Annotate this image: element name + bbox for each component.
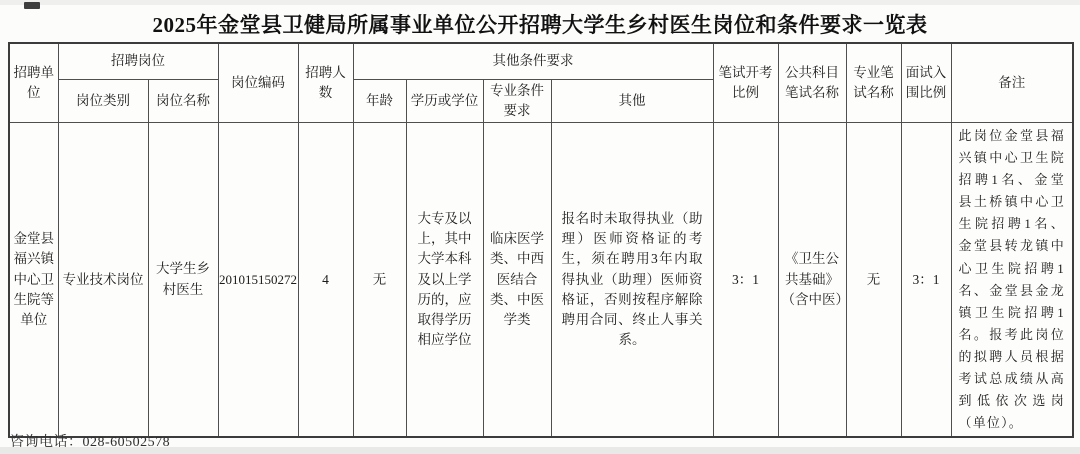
- cell-education: 大专及以上，其中大学本科及以上学历的，应取得学历相应学位: [406, 123, 483, 438]
- cell-recruit-unit: 金堂县福兴镇中心卫生院等单位: [9, 123, 58, 438]
- header-recruit-count: 招聘人数: [298, 43, 353, 123]
- header-post-name: 岗位名称: [148, 79, 218, 123]
- scan-artifact-mark: [24, 2, 40, 9]
- cell-remarks: 此岗位金堂县福兴镇中心卫生院招聘1名、金堂县土桥镇中心卫生院招聘1名、金堂县转龙…: [951, 123, 1073, 438]
- cell-interview-ratio: 3：1: [901, 123, 951, 438]
- header-age: 年龄: [353, 79, 406, 123]
- cell-public-subject-exam: 《卫生公共基础》（含中医）: [778, 123, 846, 438]
- cell-post-code: 201015150272: [218, 123, 298, 438]
- header-interview-ratio: 面试入围比例: [901, 43, 951, 123]
- header-education: 学历或学位: [406, 79, 483, 123]
- cell-professional-exam: 无: [846, 123, 901, 438]
- header-major-requirement: 专业条件要求: [483, 79, 551, 123]
- recruitment-table: 招聘单位 招聘岗位 岗位编码 招聘人数 其他条件要求 笔试开考比例 公共科目笔试…: [8, 42, 1074, 438]
- cell-major-requirement: 临床医学类、中西医结合类、中医学类: [483, 123, 551, 438]
- table-row: 金堂县福兴镇中心卫生院等单位 专业技术岗位 大学生乡村医生 2010151502…: [9, 123, 1073, 438]
- header-written-exam-ratio: 笔试开考比例: [713, 43, 778, 123]
- header-public-subject-exam: 公共科目笔试名称: [778, 43, 846, 123]
- header-recruit-unit: 招聘单位: [9, 43, 58, 123]
- cell-post-name: 大学生乡村医生: [148, 123, 218, 438]
- page-title: 2025年金堂县卫健局所属事业单位公开招聘大学生乡村医生岗位和条件要求一览表: [0, 9, 1080, 39]
- header-post-code: 岗位编码: [218, 43, 298, 123]
- table-header-row-1: 招聘单位 招聘岗位 岗位编码 招聘人数 其他条件要求 笔试开考比例 公共科目笔试…: [9, 43, 1073, 79]
- header-post-category: 岗位类别: [58, 79, 148, 123]
- cell-post-category: 专业技术岗位: [58, 123, 148, 438]
- document-page: 2025年金堂县卫健局所属事业单位公开招聘大学生乡村医生岗位和条件要求一览表 招…: [0, 0, 1080, 454]
- scan-edge-bottom: [0, 447, 1080, 454]
- cell-other: 报名时未取得执业（助理）医师资格证的考生，须在聘用3年内取得执业（助理）医师资格…: [551, 123, 713, 438]
- header-professional-exam: 专业笔试名称: [846, 43, 901, 123]
- header-recruit-post-group: 招聘岗位: [58, 43, 218, 79]
- cell-recruit-count: 4: [298, 123, 353, 438]
- header-other: 其他: [551, 79, 713, 123]
- header-other-requirements-group: 其他条件要求: [353, 43, 713, 79]
- cell-written-exam-ratio: 3：1: [713, 123, 778, 438]
- scan-edge-top: [0, 0, 1080, 5]
- cell-age: 无: [353, 123, 406, 438]
- header-remarks: 备注: [951, 43, 1073, 123]
